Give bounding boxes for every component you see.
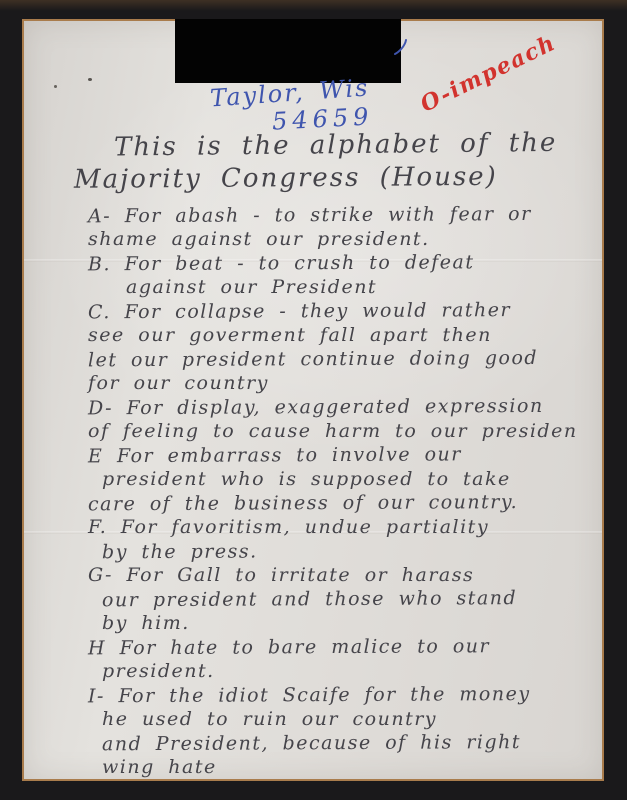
- handwritten-line: B. For beat - to crush to defeat: [88, 250, 594, 277]
- handwritten-line: of feeling to cause harm to our presiden: [88, 419, 594, 443]
- handwritten-line: D- For display, exaggerated expression: [88, 394, 594, 421]
- handwritten-line: A- For abash - to strike with fear or: [88, 202, 594, 229]
- handwritten-line: G- For Gall to irritate or harass: [88, 563, 594, 587]
- handwritten-line: our president and those who stand: [102, 586, 594, 613]
- handwritten-line: by the press.: [102, 538, 594, 565]
- handwritten-line: for our country: [88, 371, 594, 395]
- letter-body: A- For abash - to strike with fear orsha…: [88, 203, 594, 779]
- handwritten-line: president who is supposed to take: [102, 467, 594, 491]
- title-line-1: This is the alphabet of the: [114, 126, 592, 164]
- handwritten-line: see our goverment fall apart then: [88, 323, 594, 347]
- blue-ink-stroke: [393, 38, 409, 56]
- annotation-impeach: O-impeach: [416, 30, 560, 118]
- letter-page: Taylor, Wis 54659 O-impeach This is the …: [22, 19, 604, 781]
- scanned-document: Taylor, Wis 54659 O-impeach This is the …: [0, 0, 627, 800]
- handwritten-line: I- For the idiot Scaife for the money: [88, 682, 594, 709]
- handwritten-line: and President, because of his right: [102, 730, 594, 757]
- letter-title: This is the alphabet of the Majority Con…: [24, 129, 592, 195]
- handwritten-line: by him.: [102, 611, 594, 635]
- handwritten-line: H For hate to bare malice to our: [88, 634, 594, 661]
- paper-speck: [54, 85, 57, 88]
- handwritten-line: F. For favoritism, undue partiality: [88, 515, 594, 539]
- handwritten-line: president.: [102, 659, 594, 683]
- title-line-2: Majority Congress (House): [74, 160, 592, 197]
- handwritten-line: E For embarrass to involve our: [88, 442, 594, 469]
- paper-speck: [88, 78, 92, 81]
- handwritten-line: shame against our president.: [88, 227, 594, 251]
- handwritten-line: C. For collapse - they would rather: [88, 298, 594, 325]
- handwritten-line: he used to ruin our country: [102, 707, 594, 731]
- handwritten-line: let our president continue doing good: [88, 346, 594, 373]
- handwritten-line: wing hate: [102, 755, 594, 779]
- handwritten-line: care of the business of our country.: [88, 490, 594, 517]
- handwritten-line: against our President: [126, 275, 594, 299]
